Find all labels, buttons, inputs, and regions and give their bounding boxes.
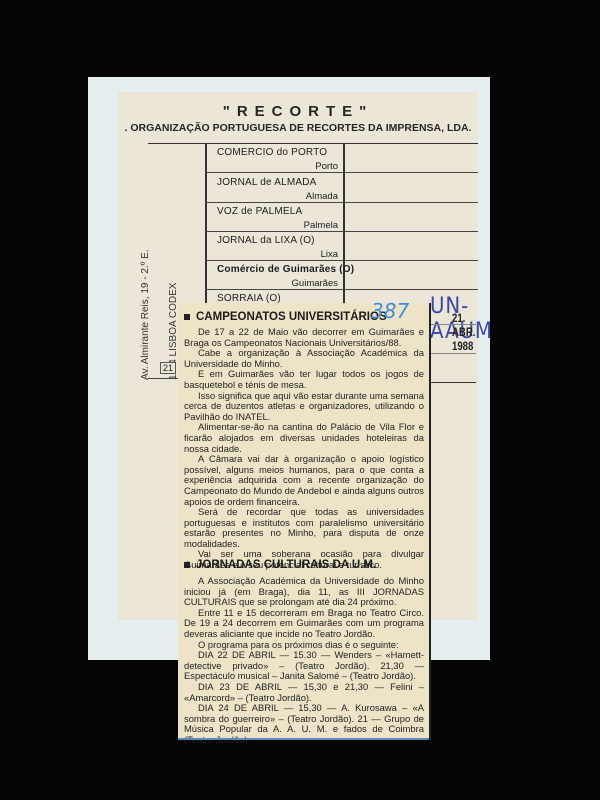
article-heading: JORNADAS CULTURAIS DA U.M.: [184, 559, 376, 571]
publication-row: JORNAL da LIXA (O) Lixa: [205, 231, 478, 261]
article-heading-text: JORNADAS CULTURAIS DA U.M.: [196, 559, 376, 571]
publication-name: COMERCIO do PORTO: [217, 147, 327, 158]
form-title: "RECORTE": [118, 103, 478, 120]
publication-row: VOZ de PALMELA Palmela: [205, 202, 478, 232]
paragraph: Será de recordar que todas as universida…: [184, 507, 424, 549]
publication-name: Comércio de Guimarães (O): [217, 264, 354, 275]
newspaper-clipping: CAMPEONATOS UNIVERSITÁRIOS 387 De 17 a 2…: [178, 303, 431, 740]
paragraph: DIA 23 DE ABRIL — 15,30 e 21,30 — Felini…: [184, 682, 424, 703]
bullet-square-icon: [184, 314, 190, 320]
publication-city: Almada: [306, 191, 338, 202]
paragraph: E em Guimarães vão ter lugar todos os jo…: [184, 369, 424, 390]
date-stamp: 21. ABR. 1988: [452, 311, 475, 353]
page-number: 21: [160, 362, 176, 374]
handwritten-number: 387: [371, 299, 409, 323]
paragraph: Isso significa que aqui vão estar durant…: [184, 391, 424, 423]
paragraph: A Câmara vai dar à organização o apoio l…: [184, 454, 424, 507]
paragraph: DIA 22 DE ABRIL — 15.30 — Wenders – «Ham…: [184, 650, 424, 682]
form-rule: [431, 324, 476, 325]
paragraph: Alimentar-se-ão na cantina do Palácio de…: [184, 422, 424, 454]
paragraph: De 17 a 22 de Maio vão decorrer em Guima…: [184, 327, 424, 348]
publication-name: JORNAL de ALMADA: [217, 177, 317, 188]
organization-name: . ORGANIZAÇÃO PORTUGUESA DE RECORTES DA …: [118, 122, 478, 134]
paragraph: Entre 11 e 15 decorreram em Braga no Tea…: [184, 608, 424, 640]
publication-city: Porto: [315, 161, 338, 172]
article-heading: CAMPEONATOS UNIVERSITÁRIOS: [184, 311, 387, 323]
publication-name: VOZ de PALMELA: [217, 206, 302, 217]
article-heading-text: CAMPEONATOS UNIVERSITÁRIOS: [196, 311, 387, 323]
article-body: A Associação Académica da Universidade d…: [184, 576, 424, 746]
bullet-square-icon: [184, 562, 190, 568]
publication-row: JORNAL de ALMADA Almada: [205, 173, 478, 203]
form-rule: [431, 353, 476, 354]
publication-name: JORNAL da LIXA (O): [217, 235, 315, 246]
publication-row: COMERCIO do PORTO Porto: [205, 143, 478, 173]
publication-city: Lixa: [321, 249, 338, 260]
article-body: De 17 a 22 de Maio vão decorrer em Guima…: [184, 327, 424, 571]
form-rule: [431, 382, 476, 383]
address-line-1: Av. Almirante Reis, 19 - 2.º E.: [140, 249, 151, 380]
publication-city: Guimarães: [292, 278, 338, 289]
paragraph: Cabe a organização à Associação Académic…: [184, 348, 424, 369]
publication-row: Comércio de Guimarães (O) Guimarães: [205, 260, 478, 290]
paragraph: A Associação Académica da Universidade d…: [184, 576, 424, 608]
publication-city: Palmela: [304, 220, 338, 231]
clipping-edge: [178, 738, 429, 740]
